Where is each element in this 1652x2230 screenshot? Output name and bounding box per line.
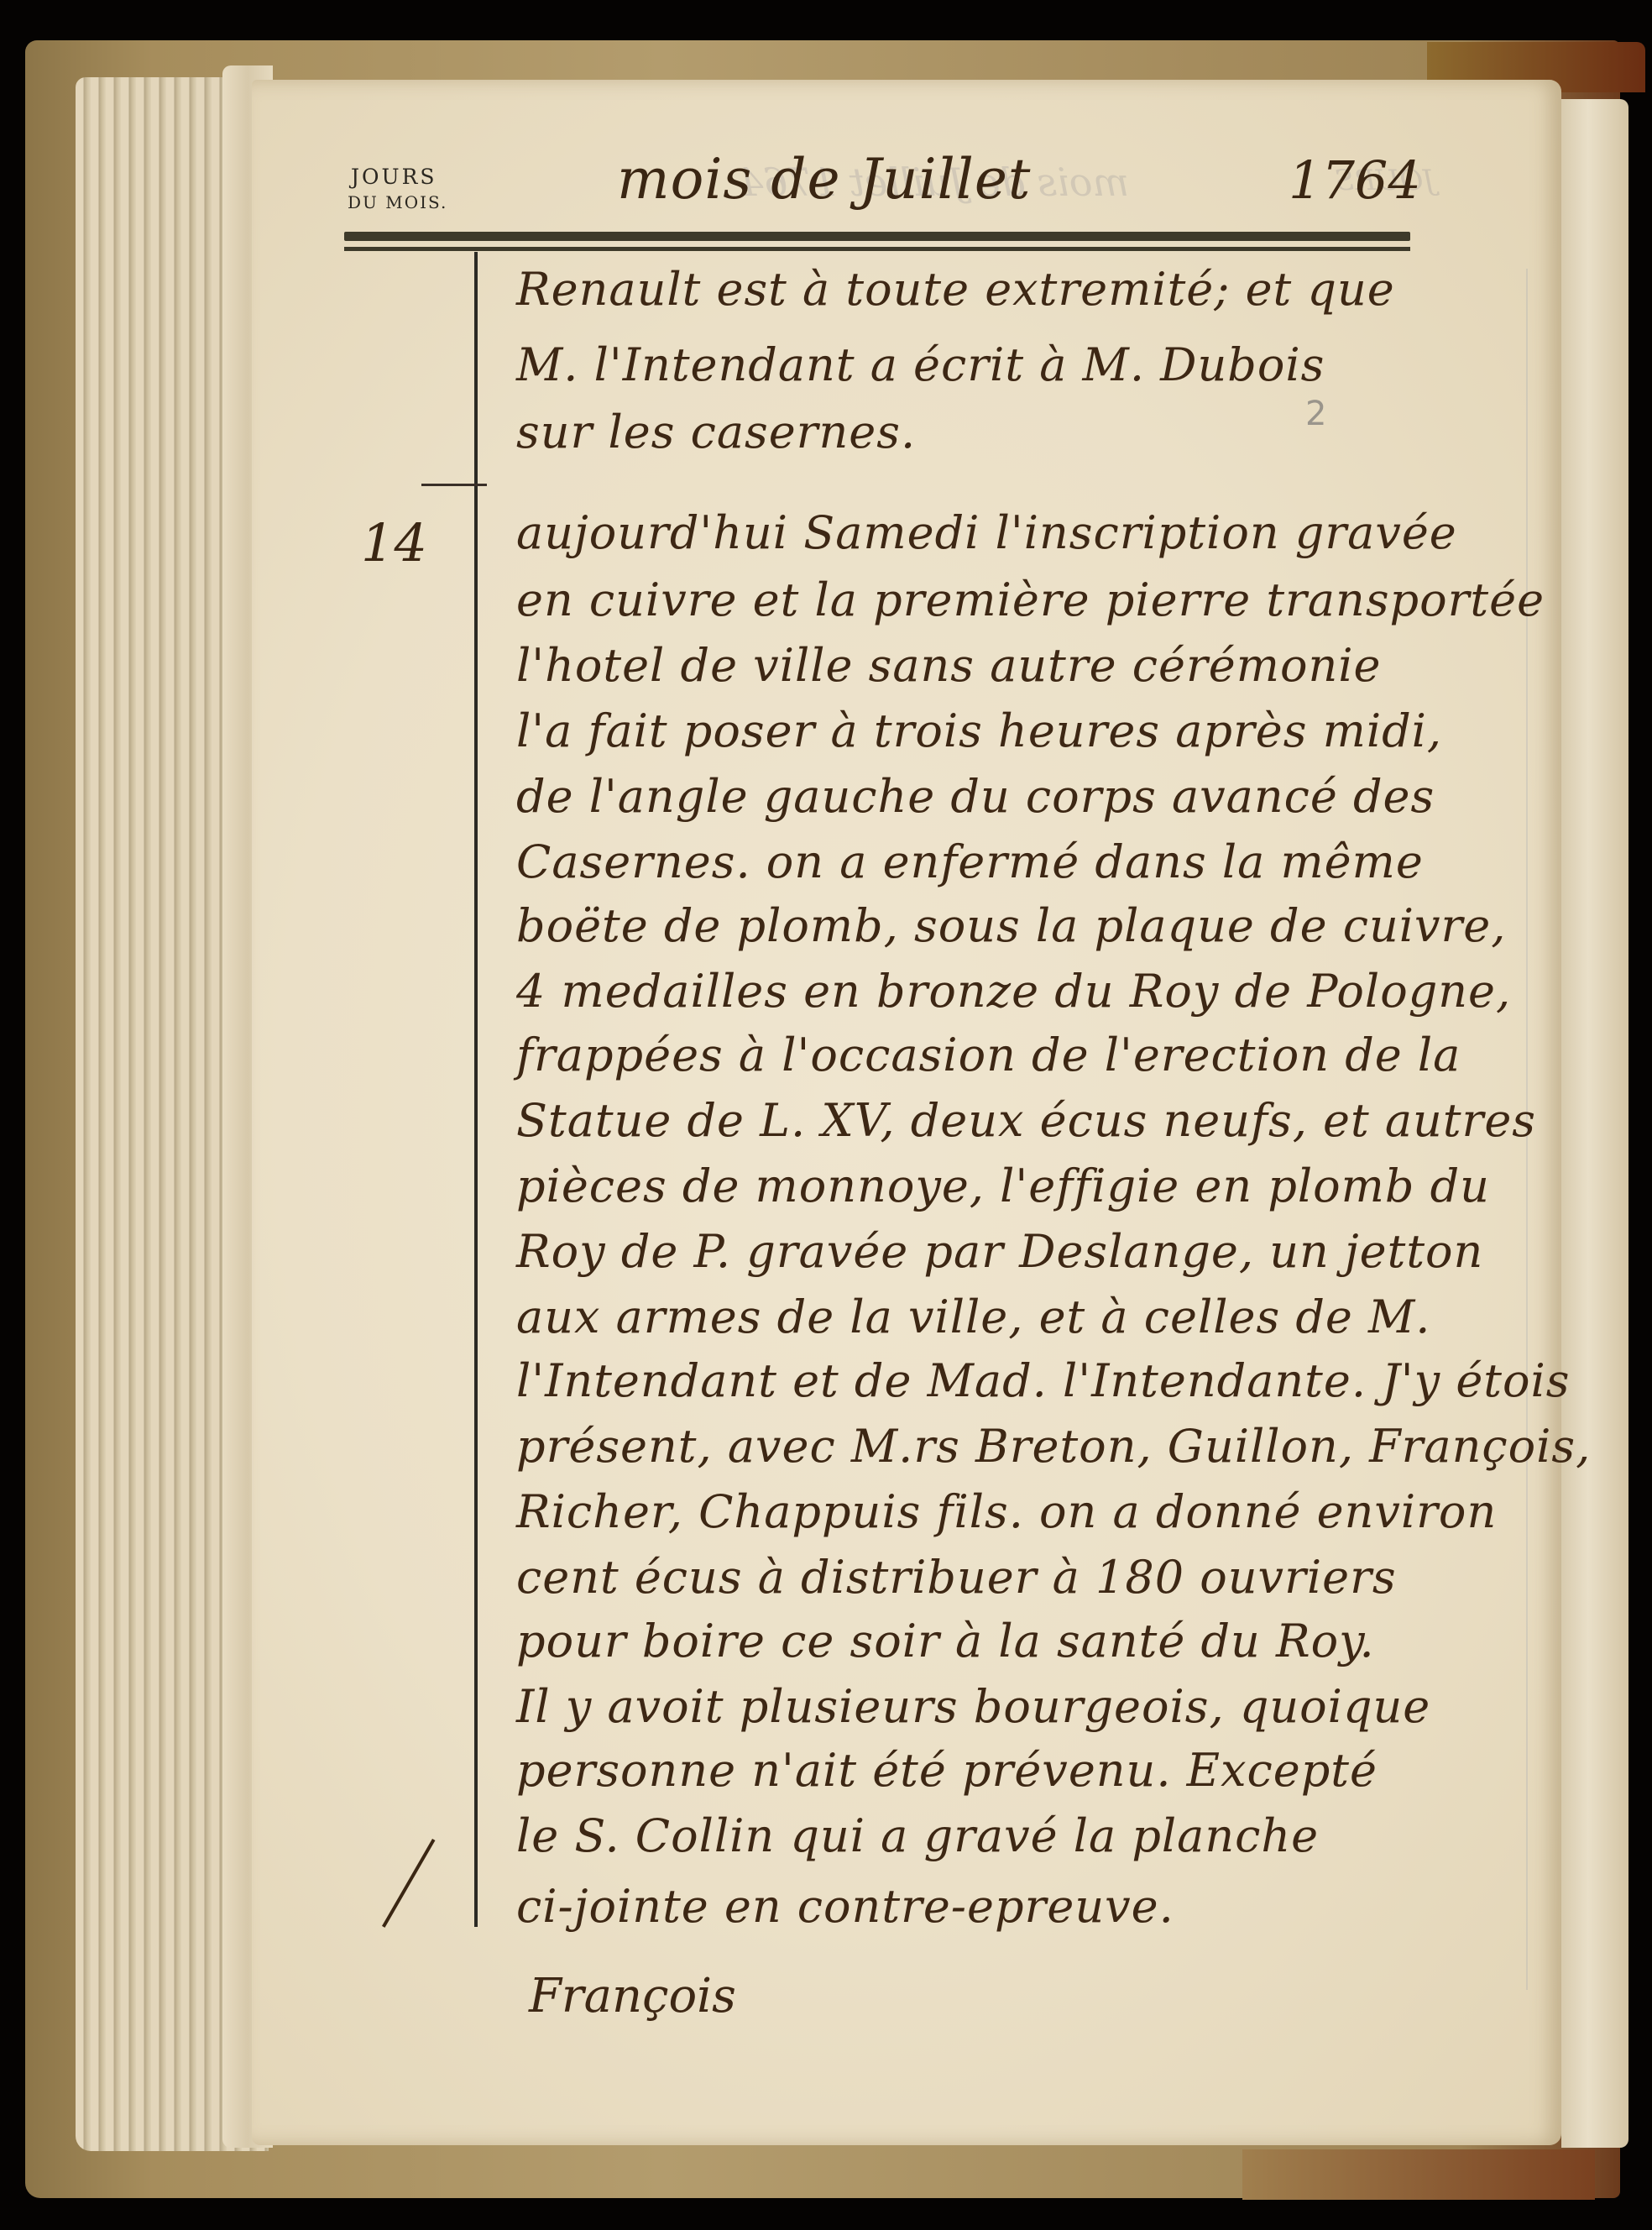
entry-line: 4 medailles en bronze du Roy de Pologne,: [516, 962, 1511, 1021]
entry-line: l'a fait poser à trois heures après midi…: [516, 702, 1442, 761]
entry-line: Il y avoit plusieurs bourgeois, quoique: [516, 1678, 1430, 1736]
day-number: 14: [361, 512, 427, 573]
entry-line: aux armes de la ville, et à celles de M.: [516, 1288, 1430, 1347]
signature: François: [529, 1969, 736, 2023]
entry-line: boëte de plomb, sous la plaque de cuivre…: [516, 897, 1506, 955]
entry-line: pour boire ce soir à la santé du Roy.: [516, 1612, 1375, 1671]
pencil-annotation: 2: [1305, 395, 1326, 433]
header-rule-thick: [344, 232, 1410, 241]
header-rule-thin: [344, 247, 1410, 251]
entry-line: cent écus à distribuer à 180 ouvriers: [516, 1548, 1397, 1607]
entry-line: M. l'Intendant a écrit à M. Dubois: [516, 336, 1325, 395]
printed-column-label: JOURS DU MOIS.: [351, 165, 447, 215]
entry-line: frappées à l'occasion de l'erection de l…: [516, 1026, 1461, 1085]
facing-page-edge: [1561, 99, 1628, 2148]
printed-label-du-mois: DU MOIS.: [348, 190, 447, 215]
entry-line: l'hotel de ville sans autre cérémonie: [516, 636, 1382, 695]
entry-line: Richer, Chappuis fils. on a donné enviro…: [516, 1483, 1497, 1542]
entry-line: Roy de P. gravée par Deslange, un jetton: [516, 1222, 1483, 1281]
day-column-rule: [474, 252, 478, 1927]
year-heading: 1764: [1289, 149, 1421, 211]
entry-line: Statue de L. XV, deux écus neufs, et aut…: [516, 1091, 1536, 1150]
entry-line: de l'angle gauche du corps avancé des: [516, 767, 1435, 826]
entry-line: aujourd'hui Samedi l'inscription gravée: [516, 504, 1457, 563]
printed-label-jours: JOURS: [351, 165, 437, 189]
entry-line: présent, avec M.rs Breton, Guillon, Fran…: [516, 1417, 1591, 1476]
entry-line: en cuivre et la première pierre transpor…: [516, 571, 1545, 630]
entry-line: personne n'ait été prévenu. Excepté: [516, 1741, 1378, 1800]
entry-line: sur les casernes.: [516, 403, 916, 462]
entry-line: le S. Collin qui a gravé la planche: [516, 1807, 1319, 1866]
entry-line: Casernes. on a enfermé dans la même: [516, 833, 1424, 892]
day-separator-dash: [421, 484, 487, 486]
entry-line: Renault est à toute extremité; et que: [516, 260, 1395, 319]
entry-line: l'Intendant et de Mad. l'Intendante. J'y…: [516, 1352, 1570, 1411]
entry-line: pièces de monnoye, l'effigie en plomb du: [516, 1157, 1490, 1216]
entry-line: ci-jointe en contre-epreuve.: [516, 1877, 1174, 1936]
month-heading: mois de Juillet: [617, 147, 1031, 212]
cover-corner-bottom-right: [1242, 2149, 1595, 2200]
